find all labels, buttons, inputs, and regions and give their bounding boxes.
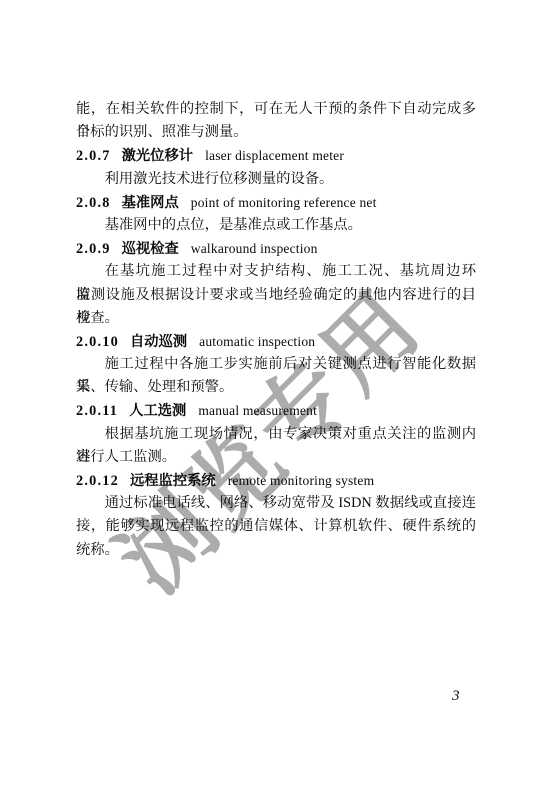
term-heading: 2.0.9巡视检查walkaround inspection <box>76 237 476 260</box>
document-page: 浏览专用 能，在相关软件的控制下，可在无人干预的条件下自动完成多个 目标的识别、… <box>0 0 551 790</box>
text-line: 根据基坑施工现场情况，由专家决策对重点关注的监测内容 <box>76 423 476 446</box>
text-line: 检查。 <box>76 307 476 330</box>
term-heading: 2.0.7激光位移计laser displacement meter <box>76 144 476 167</box>
text-line: 进行人工监测。 <box>76 446 476 469</box>
term-name-zh: 人工选测 <box>129 403 186 419</box>
term-name-en: automatic inspection <box>199 334 315 349</box>
term-number: 2.0.12 <box>76 473 119 489</box>
text-line: 利用激光技术进行位移测量的设备。 <box>76 168 476 191</box>
term-name-zh: 激光位移计 <box>122 148 193 164</box>
term-number: 2.0.10 <box>76 334 119 350</box>
term-number: 2.0.9 <box>76 241 111 257</box>
term-name-en: laser displacement meter <box>205 148 344 163</box>
term-name-en: point of monitoring reference net <box>191 195 377 210</box>
term-name-zh: 巡视检查 <box>122 241 179 257</box>
term-name-zh: 基准网点 <box>122 195 179 211</box>
term-name-en: walkaround inspection <box>191 241 318 256</box>
text-line: 通过标准电话线、网络、移动宽带及 ISDN 数据线或直接连 <box>76 492 476 515</box>
text-line: 监测设施及根据设计要求或当地经验确定的其他内容进行的目视 <box>76 284 476 307</box>
term-name-zh: 远程监控系统 <box>130 473 216 489</box>
term-heading: 2.0.8基准网点point of monitoring reference n… <box>76 191 476 214</box>
term-number: 2.0.11 <box>76 403 118 419</box>
text-line: 在基坑施工过程中对支护结构、施工工况、基坑周边环境、 <box>76 260 476 283</box>
text-line: 接，能够实现远程监控的通信媒体、计算机软件、硬件系统的 <box>76 515 476 538</box>
term-name-zh: 自动巡测 <box>130 334 187 350</box>
term-heading: 2.0.11人工选测manual measurement <box>76 399 476 422</box>
term-name-en: remote monitoring system <box>228 473 375 488</box>
text-column: 能，在相关软件的控制下，可在无人干预的条件下自动完成多个 目标的识别、照准与测量… <box>76 98 476 562</box>
text-line: 能，在相关软件的控制下，可在无人干预的条件下自动完成多个 <box>76 98 476 121</box>
term-heading: 2.0.10自动巡测automatic inspection <box>76 330 476 353</box>
term-heading: 2.0.12远程监控系统remote monitoring system <box>76 469 476 492</box>
text-line: 基准网中的点位，是基准点或工作基点。 <box>76 214 476 237</box>
text-line: 统称。 <box>76 539 476 562</box>
text-line: 目标的识别、照准与测量。 <box>76 121 476 144</box>
term-name-en: manual measurement <box>198 403 317 418</box>
term-number: 2.0.8 <box>76 195 111 211</box>
text-line: 集、传输、处理和预警。 <box>76 376 476 399</box>
page-number: 3 <box>452 688 460 705</box>
text-line: 施工过程中各施工步实施前后对关键测点进行智能化数据采 <box>76 353 476 376</box>
term-number: 2.0.7 <box>76 148 111 164</box>
